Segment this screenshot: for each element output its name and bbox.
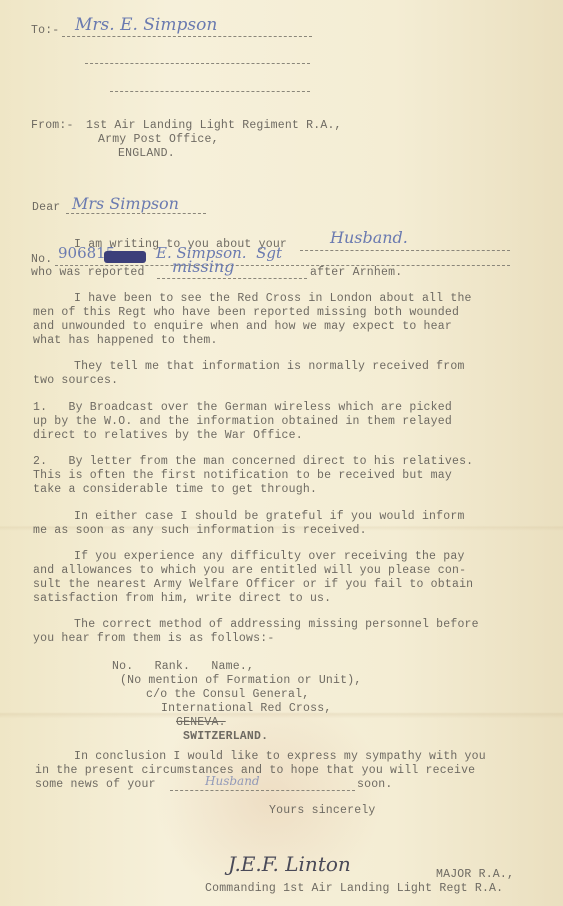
after-label: after Arnhem.	[310, 266, 402, 279]
conclusion-line1: In conclusion I would like to express my…	[74, 750, 486, 763]
from-line-2: Army Post Office,	[98, 133, 219, 146]
para3-line2: me as soon as any such information is re…	[33, 524, 367, 537]
para2-line2: two sources.	[33, 374, 118, 387]
item1-line1: 1. By Broadcast over the German wireless…	[33, 401, 452, 414]
item2-line1: 2. By letter from the man concerned dire…	[33, 455, 473, 468]
relation-line	[300, 250, 510, 251]
from-label: From:-	[31, 119, 74, 132]
signatory-rank: MAJOR R.A.,	[436, 868, 514, 881]
reported-label: who was reported	[31, 266, 145, 279]
address-block-line4: International Red Cross,	[161, 702, 331, 715]
from-line-3: ENGLAND.	[118, 147, 175, 160]
closing: Yours sincerely	[269, 804, 376, 817]
para1-line4: what has happened to them.	[33, 334, 218, 347]
redacted-rank	[104, 251, 146, 263]
para4-line1: If you experience any difficulty over re…	[74, 550, 465, 563]
number-label: No.	[31, 253, 52, 266]
para5-line2: you hear from them is as follows:-	[33, 632, 274, 645]
address-block-line6: SWITZERLAND.	[183, 730, 268, 743]
para1-line1: I have been to see the Red Cross in Lond…	[74, 292, 472, 305]
item2-line3: take a considerable time to get through.	[33, 483, 317, 496]
para1-line2: men of this Regt who have been reported …	[33, 306, 459, 319]
salutation-label: Dear	[32, 201, 60, 214]
item2-line2: This is often the first notification to …	[33, 469, 452, 482]
signatory-title: Commanding 1st Air Landing Light Regt R.…	[205, 882, 503, 895]
signature: J.E.F. Linton	[228, 852, 351, 876]
address-block-line3: c/o the Consul General,	[146, 688, 309, 701]
salutation-name: Mrs Simpson	[72, 194, 179, 213]
from-line-1: 1st Air Landing Light Regiment R.A.,	[86, 119, 342, 132]
para4-line2: and allowances to which you are entitled…	[33, 564, 466, 577]
para3-line1: In either case I should be grateful if y…	[74, 510, 465, 523]
address-block-line5: GENEVA.	[176, 716, 226, 729]
to-label: To:-	[31, 24, 59, 37]
conclusion-end: soon.	[357, 778, 393, 791]
salutation-line	[66, 213, 206, 214]
address-line-2	[85, 63, 310, 64]
to-name: Mrs. E. Simpson	[75, 15, 217, 35]
to-line	[62, 36, 312, 37]
conclusion-fill-value: Husband	[205, 774, 260, 788]
status-value: missing	[172, 257, 234, 276]
address-block-line1: No. Rank. Name.,	[112, 660, 254, 673]
relation-value: Husband.	[330, 228, 408, 247]
address-block-line2: (No mention of Formation or Unit),	[120, 674, 361, 687]
para4-line4: satisfaction from him, write direct to u…	[33, 592, 331, 605]
address-line-3	[110, 91, 310, 92]
item1-line3: direct to relatives by the War Office.	[33, 429, 303, 442]
para4-line3: sult the nearest Army Welfare Officer or…	[33, 578, 473, 591]
status-line	[157, 278, 307, 279]
para1-line3: and unwounded to enquire when and how we…	[33, 320, 452, 333]
para5-line1: The correct method of addressing missing…	[74, 618, 479, 631]
conclusion-fill-line	[170, 790, 355, 791]
para2-line1: They tell me that information is normall…	[74, 360, 465, 373]
conclusion-line3: some news of your	[35, 778, 156, 791]
item1-line2: up by the W.O. and the information obtai…	[33, 415, 452, 428]
